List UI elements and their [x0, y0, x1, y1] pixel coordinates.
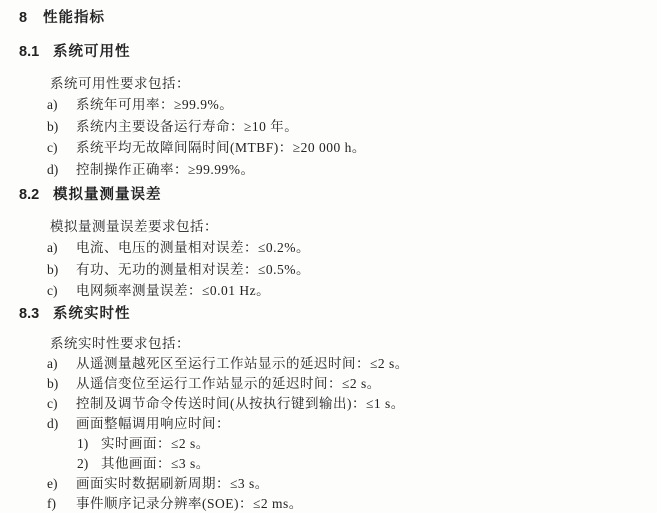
- item-text: 画面实时数据刷新周期：≤3 s。: [76, 474, 269, 494]
- list-item: e) 画面实时数据刷新周期：≤3 s。: [19, 474, 637, 494]
- item-marker: c): [47, 137, 76, 159]
- item-text: 画面整幅调用响应时间：: [76, 414, 230, 434]
- section-heading: 8.3 系统实时性: [19, 306, 637, 323]
- section-number: 8.2: [19, 187, 53, 204]
- subitem-text: 实时画面：≤2 s。: [101, 434, 210, 454]
- chapter-number: 8: [19, 10, 43, 27]
- item-marker: b): [47, 259, 76, 281]
- item-marker: f): [47, 494, 76, 513]
- subitem-text: 其他画面：≤3 s。: [101, 454, 210, 474]
- list-item: b) 从遥信变位至运行工作站显示的延迟时间：≤2 s。: [19, 374, 637, 394]
- item-marker: a): [47, 354, 76, 374]
- item-marker: b): [47, 374, 76, 394]
- item-marker: c): [47, 280, 76, 302]
- list-item: c) 电网频率测量误差：≤0.01 Hz。: [19, 280, 637, 302]
- list-item: b) 系统内主要设备运行寿命：≥10 年。: [19, 116, 637, 138]
- subitem-marker: 2): [77, 454, 101, 474]
- requirement-list: a) 电流、电压的测量相对误差：≤0.2%。 b) 有功、无功的测量相对误差：≤…: [19, 237, 637, 302]
- item-marker: b): [47, 116, 76, 138]
- requirement-list: a) 从遥测量越死区至运行工作站显示的延迟时间：≤2 s。 b) 从遥信变位至运…: [19, 354, 637, 513]
- item-marker: a): [47, 237, 76, 259]
- item-text: 系统平均无故障间隔时间(MTBF)：≥20 000 h。: [76, 137, 366, 159]
- sublist-item: 1) 实时画面：≤2 s。: [19, 434, 637, 454]
- item-marker: a): [47, 94, 76, 116]
- list-item: f) 事件顺序记录分辨率(SOE)：≤2 ms。: [19, 494, 637, 513]
- list-item: d) 画面整幅调用响应时间：: [19, 414, 637, 434]
- chapter-heading: 8 性能指标: [19, 10, 637, 27]
- item-text: 从遥测量越死区至运行工作站显示的延迟时间：≤2 s。: [76, 354, 409, 374]
- chapter-title: 性能指标: [43, 10, 105, 27]
- section-intro: 系统实时性要求包括：: [19, 333, 637, 354]
- item-marker: d): [47, 414, 76, 434]
- item-text: 电流、电压的测量相对误差：≤0.2%。: [76, 237, 310, 259]
- list-item: c) 系统平均无故障间隔时间(MTBF)：≥20 000 h。: [19, 137, 637, 159]
- section-8-1: 8.1 系统可用性 系统可用性要求包括： a) 系统年可用率：≥99.9%。 b…: [19, 44, 637, 180]
- document-page: 8 性能指标 8.1 系统可用性 系统可用性要求包括： a) 系统年可用率：≥9…: [0, 0, 657, 513]
- section-8-3: 8.3 系统实时性 系统实时性要求包括： a) 从遥测量越死区至运行工作站显示的…: [19, 306, 637, 513]
- item-text: 系统内主要设备运行寿命：≥10 年。: [76, 116, 298, 138]
- item-text: 电网频率测量误差：≤0.01 Hz。: [76, 280, 270, 302]
- subitem-marker: 1): [77, 434, 101, 454]
- item-text: 控制及调节命令传送时间(从按执行键到输出)：≤1 s。: [76, 394, 405, 414]
- section-heading: 8.1 系统可用性: [19, 44, 637, 61]
- section-title: 系统可用性: [53, 44, 131, 61]
- sublist-item: 2) 其他画面：≤3 s。: [19, 454, 637, 474]
- item-text: 事件顺序记录分辨率(SOE)：≤2 ms。: [76, 494, 303, 513]
- list-item: a) 电流、电压的测量相对误差：≤0.2%。: [19, 237, 637, 259]
- item-text: 从遥信变位至运行工作站显示的延迟时间：≤2 s。: [76, 374, 381, 394]
- section-number: 8.1: [19, 44, 53, 61]
- section-heading: 8.2 模拟量测量误差: [19, 187, 637, 204]
- list-item: d) 控制操作正确率：≥99.99%。: [19, 159, 637, 181]
- list-item: a) 从遥测量越死区至运行工作站显示的延迟时间：≤2 s。: [19, 354, 637, 374]
- requirement-list: a) 系统年可用率：≥99.9%。 b) 系统内主要设备运行寿命：≥10 年。 …: [19, 94, 637, 180]
- list-item: b) 有功、无功的测量相对误差：≤0.5%。: [19, 259, 637, 281]
- section-title: 系统实时性: [53, 306, 131, 323]
- item-marker: e): [47, 474, 76, 494]
- list-item: c) 控制及调节命令传送时间(从按执行键到输出)：≤1 s。: [19, 394, 637, 414]
- item-marker: d): [47, 159, 76, 181]
- section-intro: 系统可用性要求包括：: [19, 73, 637, 94]
- section-title: 模拟量测量误差: [53, 187, 162, 204]
- section-number: 8.3: [19, 306, 53, 323]
- item-text: 有功、无功的测量相对误差：≤0.5%。: [76, 259, 310, 281]
- item-marker: c): [47, 394, 76, 414]
- list-item: a) 系统年可用率：≥99.9%。: [19, 94, 637, 116]
- item-text: 系统年可用率：≥99.9%。: [76, 94, 233, 116]
- section-8-2: 8.2 模拟量测量误差 模拟量测量误差要求包括： a) 电流、电压的测量相对误差…: [19, 187, 637, 302]
- item-text: 控制操作正确率：≥99.99%。: [76, 159, 255, 181]
- section-intro: 模拟量测量误差要求包括：: [19, 216, 637, 237]
